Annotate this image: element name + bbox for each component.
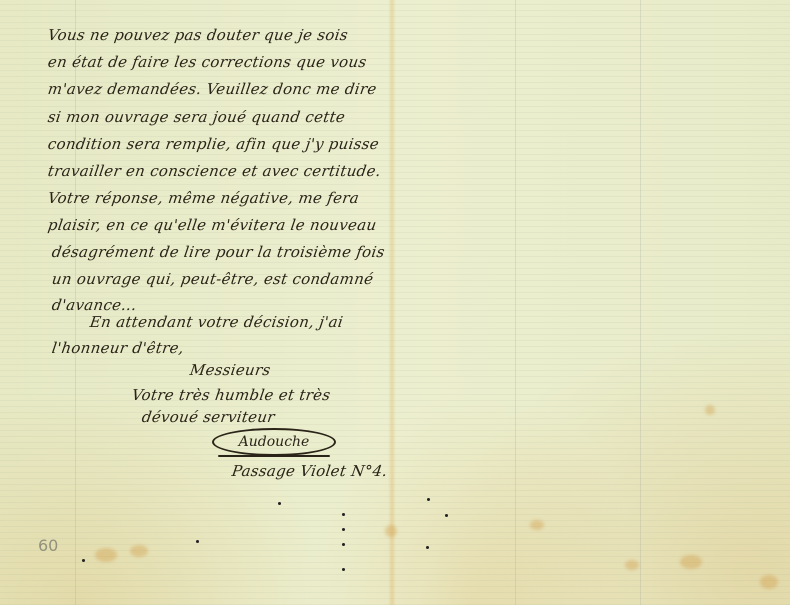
ink-dot [278,502,281,505]
letter-line: m'avez demandées. Veuillez donc me dire [47,80,378,98]
ink-dot [82,559,85,562]
foxing-stain [760,575,778,589]
closing-line: En attendant votre décision, j'ai [89,313,345,331]
signoff-line: dévoué serviteur [141,408,276,426]
salutation: Messieurs [189,361,272,379]
foxing-stain [705,405,715,415]
ink-dot [427,498,430,501]
letter-line: Vous ne pouvez pas douter que je sois [47,26,349,44]
ink-dot [196,540,199,543]
ink-dot [342,568,345,571]
foxing-stain [625,560,639,570]
foxing-stain [95,548,117,562]
letter-line: un ouvrage qui, peut-être, est condamné [51,270,375,288]
center-fold [388,0,396,605]
paper-crease [515,0,516,605]
letter-line: Votre réponse, même négative, me fera [47,189,361,207]
letter-line: si mon ouvrage sera joué quand cette [47,108,347,126]
ink-dot [342,543,345,546]
letter-line: plaisir, en ce qu'elle m'évitera le nouv… [47,216,378,234]
signature-underline [218,455,330,457]
foxing-stain [130,545,148,557]
ink-dot [445,514,448,517]
signature-text: Audouche [239,434,310,450]
ink-dot [426,546,429,549]
letter-page: Vous ne pouvez pas douter que je sois en… [0,0,790,605]
foxing-stain [385,525,397,537]
foxing-stain [530,520,544,530]
ink-dot [342,513,345,516]
letter-line: d'avance... [51,296,138,314]
paper-crease [640,0,641,605]
address-line: Passage Violet N°4. [231,462,389,480]
signoff-line: Votre très humble et très [131,386,332,404]
letter-line: travailler en conscience et avec certitu… [47,162,382,180]
letter-line: en état de faire les corrections que vou… [47,53,368,71]
signature: Audouche [212,428,336,456]
letter-line: condition sera remplie, afin que j'y pui… [47,135,381,153]
foxing-stain [680,555,702,569]
letter-line: désagrément de lire pour la troisième fo… [51,243,386,261]
ink-dot [342,528,345,531]
pencil-note: 60 [38,536,58,555]
closing-line: l'honneur d'être, [51,339,185,357]
